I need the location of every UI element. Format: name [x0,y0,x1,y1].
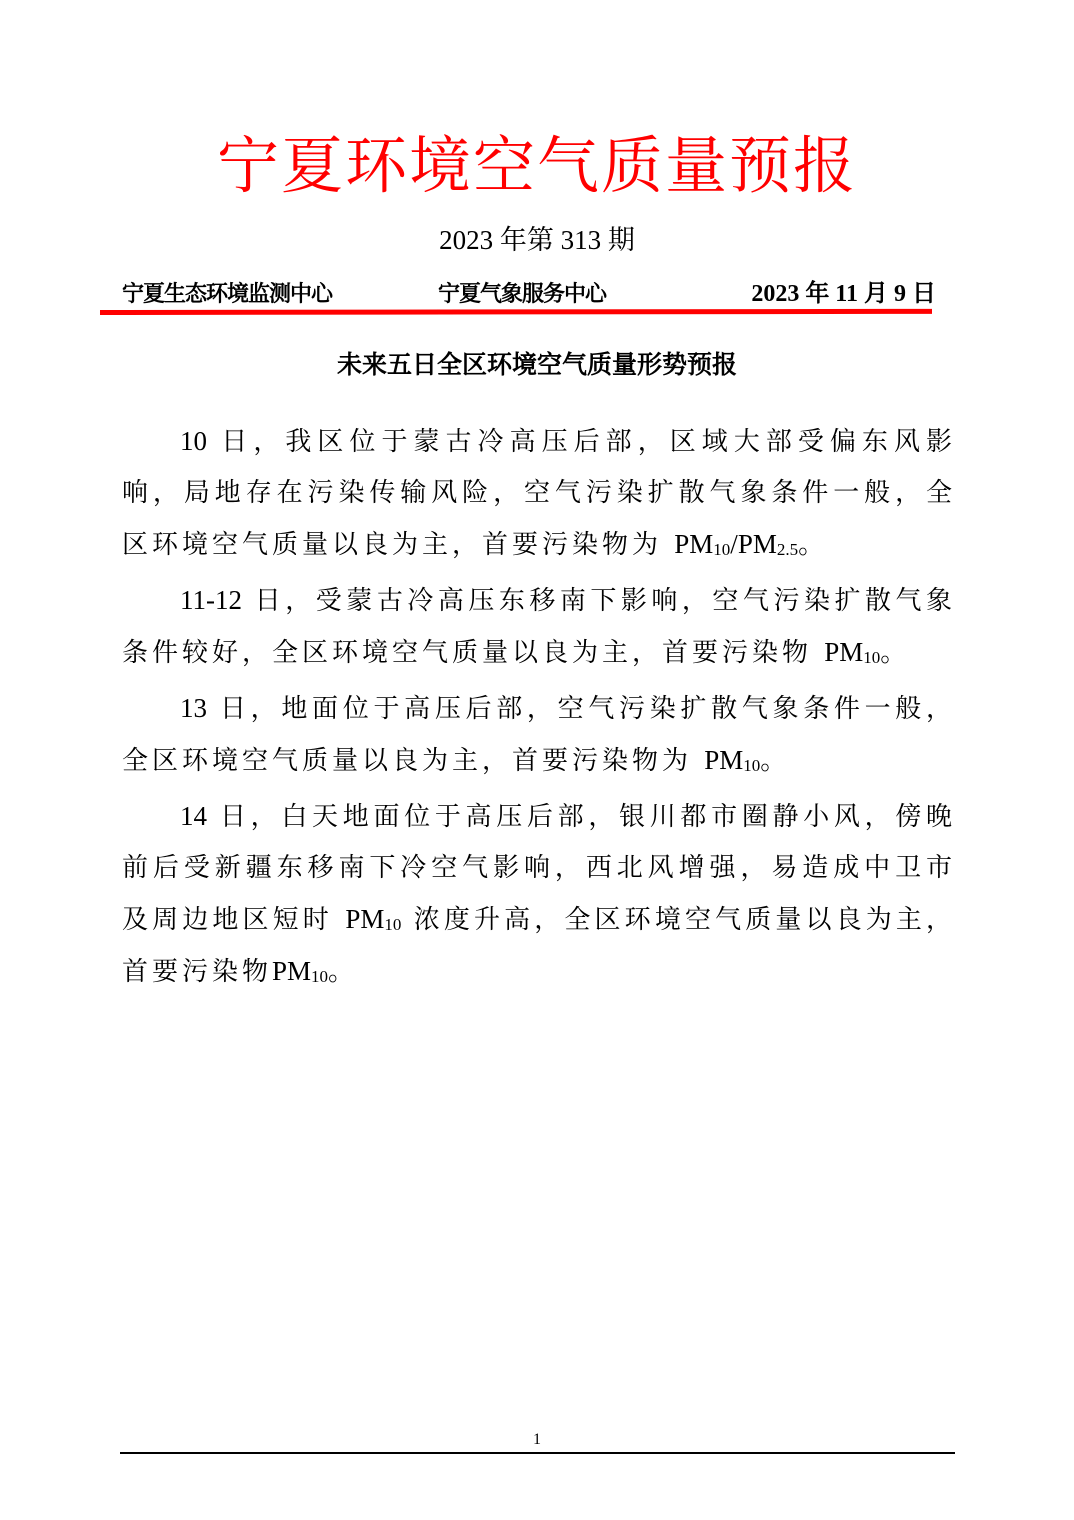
header-date: 2023 年 11 月 9 日 [742,276,936,312]
forecast-paragraph-day11-12: 11-12 日，受蒙古冷高压东移南下影响，空气污染扩散气象条件较好，全区环境空气… [122,575,956,679]
pollutant-subscript: 10 [863,648,880,667]
header-org-meteorology: 宁夏气象服务中心 [438,276,606,312]
pollutant-pm10: PM [704,745,743,775]
day-label: 10 [180,426,207,456]
pollutant-subscript: 10 [713,540,730,559]
day-label: 13 [180,693,207,723]
pollutant-pm25: PM [738,529,777,559]
header-red-divider [100,309,932,315]
paragraph-text: 日，地面位于高压后部，空气污染扩散气象条件一般，全区环境空气质量以良为主，首要污… [122,694,956,776]
sentence-end: 。 [798,530,828,560]
forecast-body: 10 日，我区位于蒙古冷高压后部，区域大部受偏东风影响，局地存在污染传输风险，空… [122,416,956,1002]
pollutant-pm10: PM [345,904,384,934]
pollutant-pm10: PM [272,956,311,986]
pollutant-subscript: 10 [384,915,401,934]
document-title: 宁夏环境空气质量预报 [0,126,1074,206]
slash: / [730,529,738,559]
forecast-paragraph-day13: 13 日，地面位于高压后部，空气污染扩散气象条件一般，全区环境空气质量以良为主，… [122,683,956,787]
sentence-end: 。 [328,957,358,987]
page-number: 1 [0,1430,1074,1450]
pollutant-subscript: 10 [311,967,328,986]
forecast-paragraph-day10: 10 日，我区位于蒙古冷高压后部，区域大部受偏东风影响，局地存在污染传输风险，空… [122,416,956,571]
pollutant-subscript: 2.5 [777,540,798,559]
pollutant-pm10: PM [674,529,713,559]
forecast-paragraph-day14: 14 日，白天地面位于高压后部，银川都市圈静小风，傍晚前后受新疆东移南下冷空气影… [122,791,956,998]
footer-divider [120,1452,955,1454]
header-org-environment: 宁夏生态环境监测中心 [122,276,332,312]
pollutant-pm10: PM [824,637,863,667]
sentence-end: 。 [760,746,790,776]
sentence-end: 。 [880,638,910,668]
pollutant-subscript: 10 [743,756,760,775]
paragraph-text: 日，我区位于蒙古冷高压后部，区域大部受偏东风影响，局地存在污染传输风险，空气污染… [122,427,956,560]
section-heading: 未来五日全区环境空气质量形势预报 [0,343,1074,387]
day-label: 11-12 [180,585,242,615]
day-label: 14 [180,801,207,831]
issue-number: 2023 年第 313 期 [0,220,1074,260]
